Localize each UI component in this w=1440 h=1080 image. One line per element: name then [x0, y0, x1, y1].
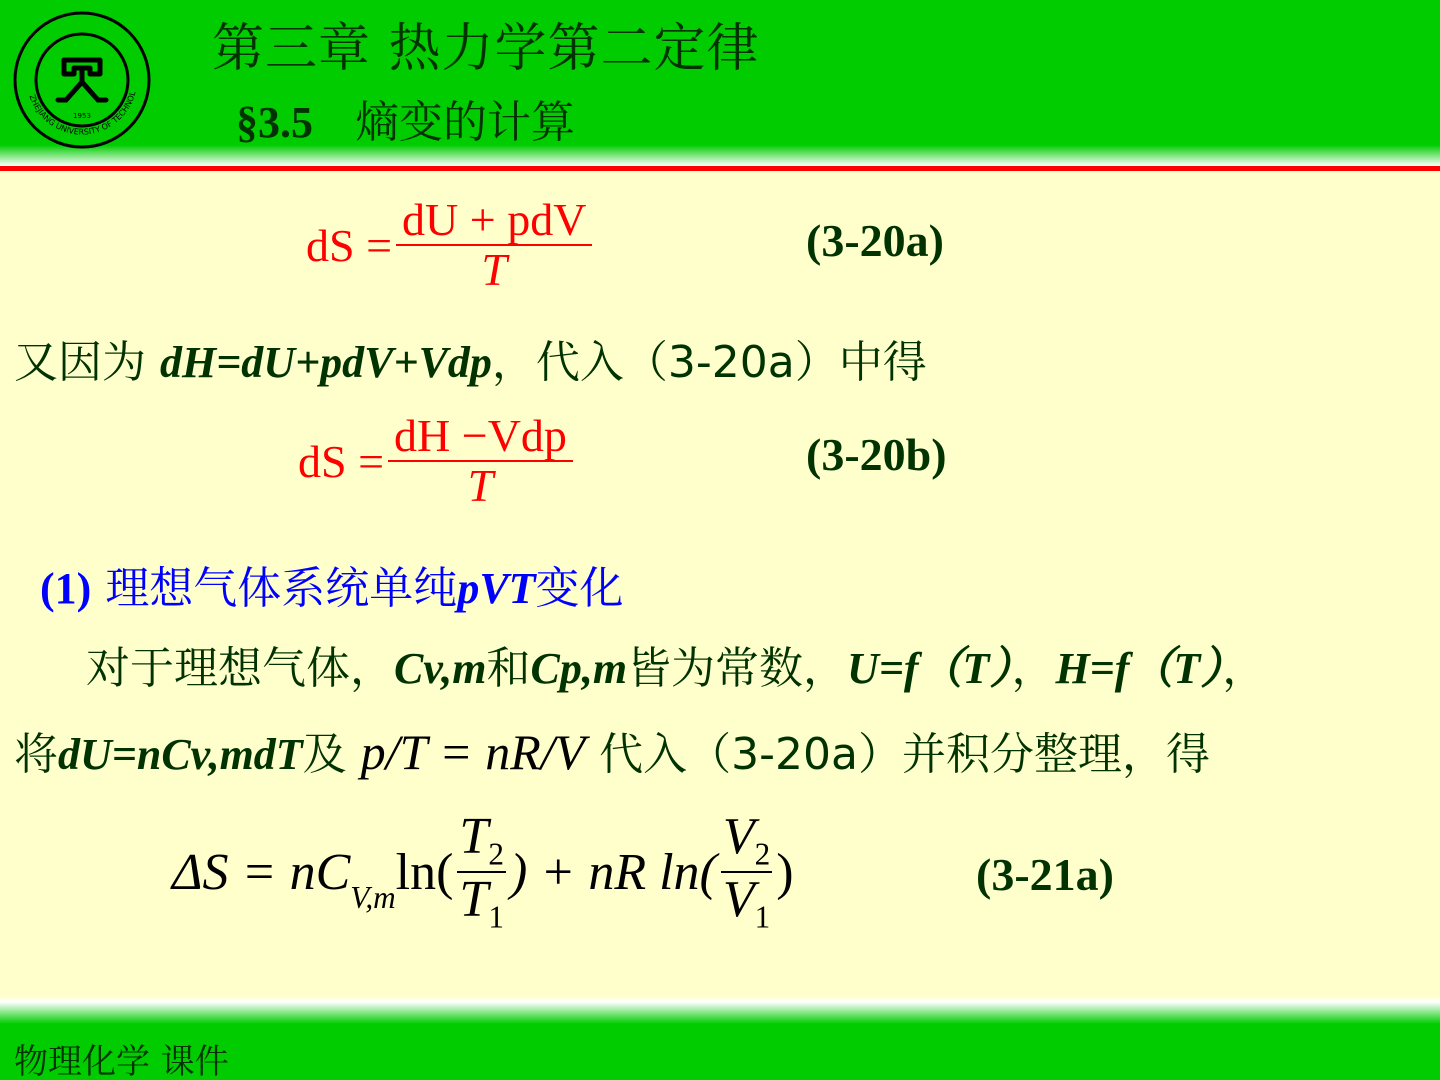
text-line-dh: 又因为 dH=dU+pdV+Vdp，代入（3-20a）中得 — [14, 326, 927, 390]
equation-3-20b: dS = dH −Vdp T — [298, 412, 577, 511]
eq-lhs: dS = — [306, 219, 392, 272]
subheading-ideal-gas-pvt: (1) 理想气体系统单纯pVT变化 — [40, 552, 624, 616]
text-line-substitution: 将dU=nCv,mdT及 p/T = nR/V 代入（3-20a）并积分整理，得 — [14, 718, 1210, 782]
numerator: dU + pdV — [396, 196, 592, 244]
section-title: §3.5 熵变的计算 — [236, 86, 575, 150]
equation-3-21a: ΔS = nCV,m ln( T2 T1 ) + nR ln( V2 V1 ) — [172, 810, 794, 934]
section-number: §3.5 — [236, 98, 313, 147]
formula-dh: dH=dU+pdV+Vdp — [160, 338, 492, 387]
denominator: T — [468, 462, 494, 510]
equation-label-3-20a: (3-20a) — [806, 214, 944, 267]
equation-label-3-20b: (3-20b) — [806, 428, 947, 481]
eq-lhs: dS = — [298, 435, 384, 488]
fraction-t2-t1: T2 T1 — [457, 810, 506, 934]
equation-label-3-21a: (3-21a) — [976, 848, 1114, 901]
fraction: dU + pdV T — [396, 196, 592, 295]
equation-3-20a: dS = dU + pdV T — [306, 196, 596, 295]
section-title-text: 熵变的计算 — [355, 97, 575, 148]
fraction: dH −Vdp T — [388, 412, 573, 511]
fraction-v2-v1: V2 V1 — [721, 810, 772, 934]
denominator: T — [481, 246, 507, 294]
university-logo-icon: 1953 ZHEJIANG UNIVERSITY OF TECHNOLOGY — [12, 10, 152, 150]
numerator: dH −Vdp — [388, 412, 573, 460]
footer-course-label: 物理化学 课件 — [14, 1034, 229, 1080]
text-line-ideal-gas-constants: 对于理想气体，Cv,m和Cp,m皆为常数，U=f（T），H=f（T）， — [86, 632, 1266, 696]
chapter-title: 第三章 热力学第二定律 — [212, 6, 760, 81]
header-divider — [0, 166, 1440, 171]
svg-text:1953: 1953 — [73, 112, 91, 120]
